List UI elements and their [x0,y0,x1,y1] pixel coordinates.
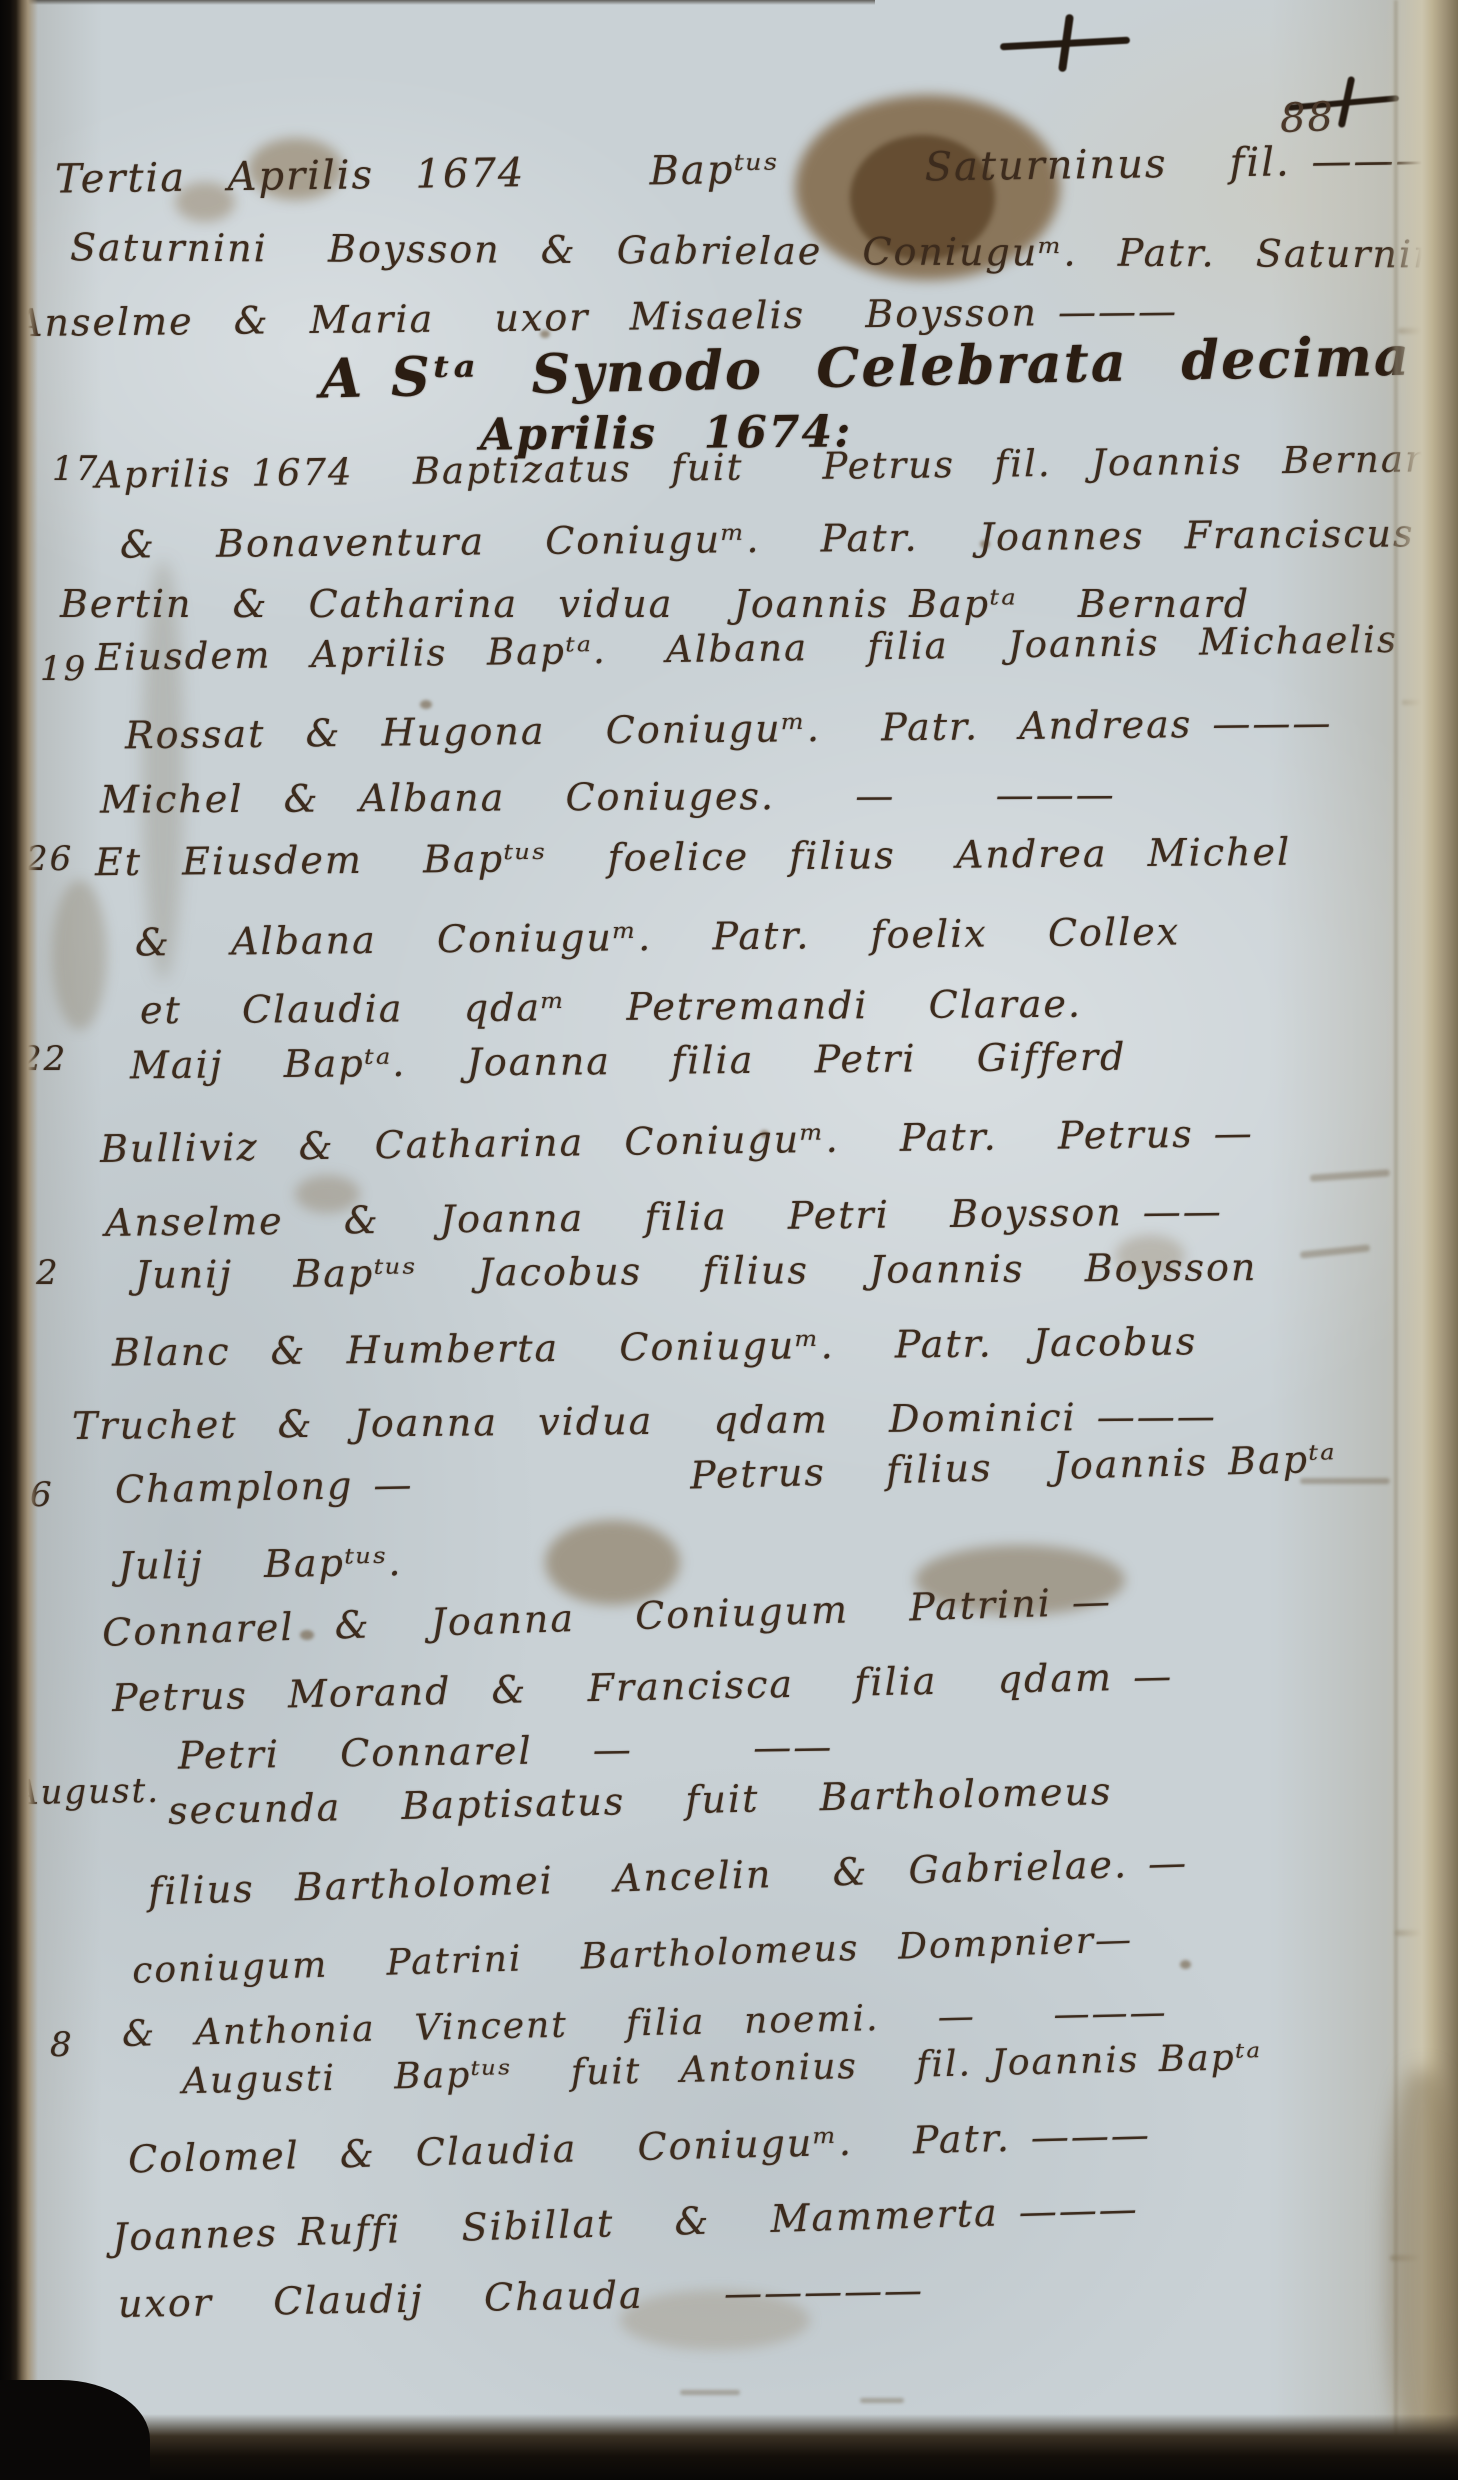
manuscript-line: Junij Bapᵗᵘˢ Jacobus filius Joannis Boys… [135,1248,1258,1294]
margin-day-number: 19 [40,652,87,686]
manuscript-line: Petri Connarel — —— [178,1727,834,1774]
manuscript-line: Et Eiusdem Bapᵗᵘˢ foelice filius Andrea … [95,833,1291,881]
manuscript-line: Rossat & Hugona Coniuguᵐ. Patr. Andreas … [125,704,1333,755]
manuscript-line: Saturnini Boysson & Gabrielae Coniuguᵐ. … [70,228,1458,273]
manuscript-line: Truchet & Joanna vidua qdam Dominici ——— [72,1397,1217,1445]
manuscript-line: Michel & Albana Coniuges. — ——— [100,775,1116,818]
bleed-through-mark [1300,1478,1390,1484]
manuscript-line: Bulliviz & Catharina Coniuguᵐ. Patr. Pet… [100,1114,1254,1168]
manuscript-line: Colomel & Claudia Coniuguᵐ. Patr. ——— [128,2116,1152,2179]
manuscript-line: & Albana Coniuguᵐ. Patr. foelix Collex [135,913,1180,962]
ink-stain [545,1520,680,1605]
manuscript-line: Julij Bapᵗᵘˢ. [118,1543,403,1585]
ink-stain [52,880,107,1030]
manuscript-line: Bertin & Catharina vidua Joannis Bapᵗᵃ B… [60,585,1250,623]
manuscript-scan: { "page": { "number": "88", "ink_color":… [0,0,1458,2480]
bleed-through-mark [1300,1244,1370,1258]
margin-day-number: 2 [36,1256,60,1290]
manuscript-line: et Claudia qdaᵐ Petremandi Clarae. [140,985,1082,1030]
manuscript-line: Aprilis 1674 Baptizatus fuit Petrus fil.… [95,439,1458,493]
manuscript-line: Petrus filius Joannis Bapᵗᵃ [690,1440,1338,1495]
parchment-page: 88 Tertia Aprilis 1674 Bapᵗᵘˢ Saturninus… [0,0,1458,2480]
book-bottom-corner [0,2380,150,2480]
manuscript-line: coniugum Patrini Bartholomeus Dompnier— [132,1922,1134,1989]
page-top-shadow [0,0,875,5]
manuscript-line: Eiusdem Aprilis Bapᵗᵃ. Albana filia Joan… [95,621,1398,676]
manuscript-line: Petrus Morand & Francisca filia qdam — [112,1657,1174,1717]
book-binding [0,0,38,2480]
bleed-through-mark [680,2390,740,2395]
paper-speck [420,700,432,709]
margin-day-number: 8 [50,2028,74,2062]
manuscript-line: Anselme & Joanna filia Petri Boysson —— [105,1192,1223,1242]
manuscript-line: secunda Baptisatus fuit Bartholomeus [168,1772,1113,1830]
cross-mark-icon [1000,14,1140,84]
manuscript-line: Blanc & Humberta Coniuguᵐ. Patr. Jacobus [112,1322,1198,1371]
paper-speck [1180,1960,1191,1969]
page-bottom-shadow [0,2414,1458,2480]
margin-day-number: 17 [52,452,99,486]
bleed-through-mark [860,2398,904,2403]
manuscript-line: Maij Bapᵗᵃ. Joanna filia Petri Gifferd [130,1038,1127,1085]
manuscript-line: & Bonaventura Coniuguᵐ. Patr. Joannes Fr… [120,514,1415,563]
folio-number: 88 [1279,97,1335,139]
manuscript-line: Joannes Ruffi Sibillat & Mammerta ——— [112,2190,1140,2257]
page-corner-shadow [1388,2070,1458,2450]
manuscript-line: filius Bartholomei Ancelin & Gabrielae. … [148,1843,1189,1910]
manuscript-line: Champlong — [115,1465,414,1508]
bleed-through-mark [1310,1169,1390,1182]
